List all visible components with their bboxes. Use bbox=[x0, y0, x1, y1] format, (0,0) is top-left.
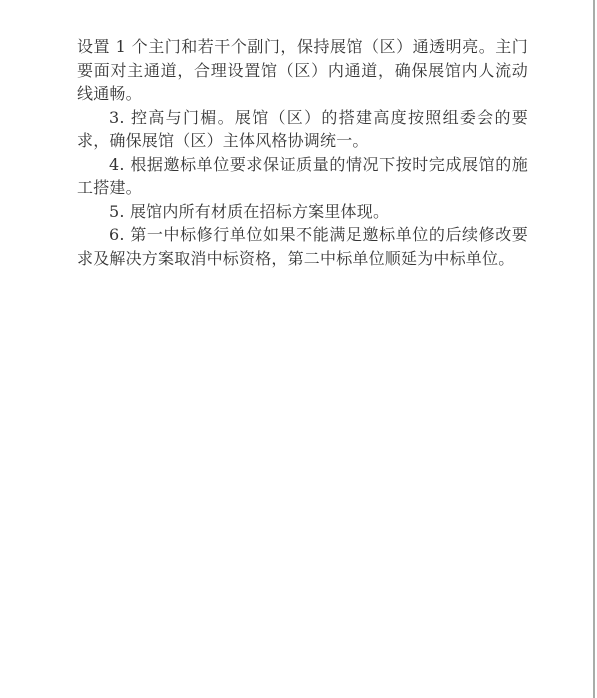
paragraph-item-5: 5. 展馆内所有材质在招标方案里体现。 bbox=[77, 200, 528, 224]
scan-edge-line bbox=[593, 0, 595, 698]
paragraph-item-6: 6. 第一中标修行单位如果不能满足邀标单位的后续修改要求及解决方案取消中标资格，… bbox=[77, 223, 528, 270]
document-text-block: 设置 1 个主门和若干个副门，保持展馆（区）通透明亮。主门要面对主通道，合理设置… bbox=[77, 35, 528, 270]
paragraph-item-3: 3. 控高与门楣。展馆（区）的搭建高度按照组委会的要求，确保展馆（区）主体风格协… bbox=[77, 106, 528, 153]
scanned-document-page: 设置 1 个主门和若干个副门，保持展馆（区）通透明亮。主门要面对主通道，合理设置… bbox=[0, 0, 597, 698]
paragraph-continuation: 设置 1 个主门和若干个副门，保持展馆（区）通透明亮。主门要面对主通道，合理设置… bbox=[77, 35, 528, 106]
paragraph-item-4: 4. 根据邀标单位要求保证质量的情况下按时完成展馆的施工搭建。 bbox=[77, 153, 528, 200]
